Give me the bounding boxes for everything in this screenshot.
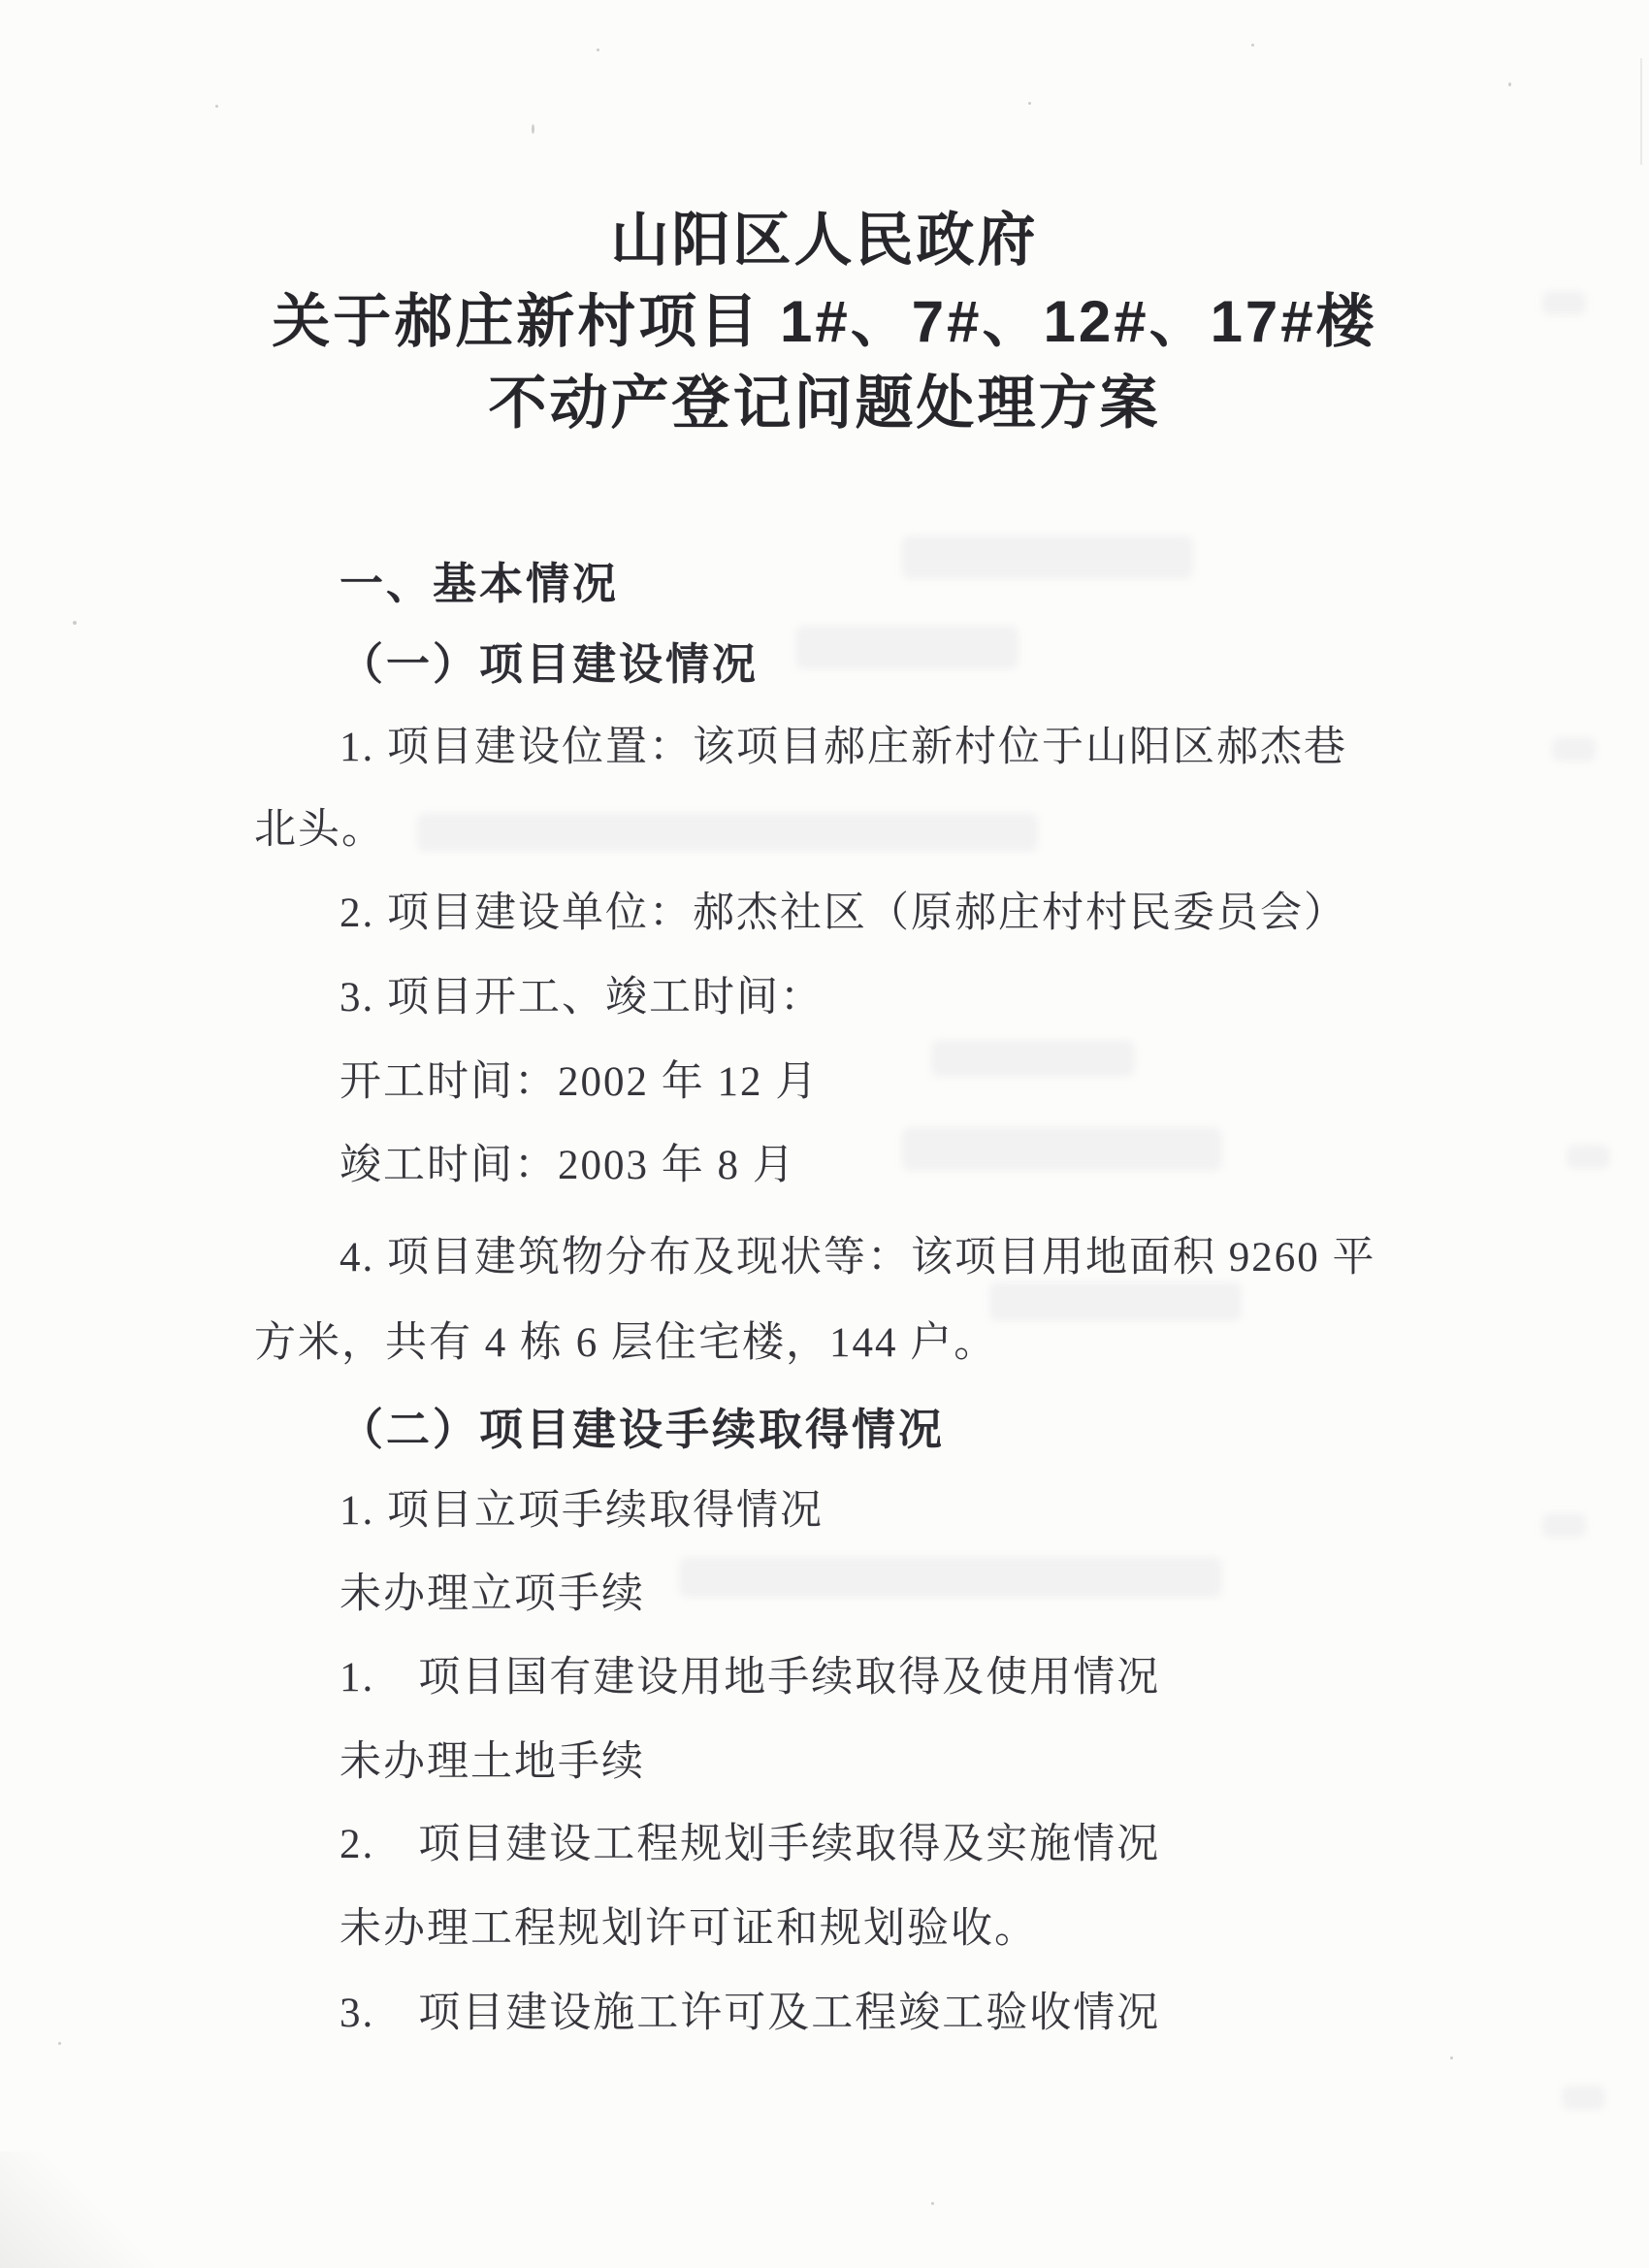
subsection-heading: （二）项目建设手续取得情况 — [339, 1394, 945, 1457]
body-line: 4. 项目建筑物分布及现状等：该项目用地面积 9260 平 — [339, 1224, 1376, 1283]
bleed-through-smudge — [417, 813, 1038, 852]
scan-speck — [1508, 82, 1511, 86]
scan-edge-artifact — [1640, 58, 1642, 165]
scan-speck — [597, 49, 599, 51]
bleed-through-smudge — [931, 1040, 1135, 1077]
body-line: 方米，共有 4 栋 6 层住宅楼，144 户。 — [254, 1310, 997, 1369]
body-line: 未办理土地手续 — [339, 1729, 645, 1788]
bleed-through-smudge — [1552, 737, 1596, 761]
scan-speck — [1251, 44, 1254, 47]
body-line: 未办理立项手续 — [339, 1561, 645, 1620]
scan-speck — [532, 124, 534, 134]
body-line: 北头。 — [254, 796, 385, 856]
scan-speck — [215, 105, 218, 108]
scan-speck — [73, 621, 77, 625]
subsection-heading: （一）项目建设情况 — [339, 629, 759, 692]
body-line: 1. 项目建设位置：该项目郝庄新村位于山阳区郝杰巷 — [339, 714, 1347, 773]
scan-speck — [58, 2042, 61, 2045]
scan-speck — [1450, 2057, 1453, 2059]
scan-speck — [931, 2202, 934, 2205]
bleed-through-smudge — [679, 1557, 1222, 1598]
bleed-through-smudge — [795, 626, 1018, 669]
bleed-through-smudge — [1562, 2086, 1605, 2110]
bleed-through-smudge — [902, 1127, 1222, 1171]
document-title-line-1: 山阳区人民政府 — [0, 194, 1649, 277]
document-title-line-2: 关于郝庄新村项目 1#、7#、12#、17#楼 — [0, 275, 1649, 359]
body-line: 2. 项目建设单位：郝杰社区（原郝庄村村民委员会） — [339, 880, 1347, 939]
bleed-through-smudge — [989, 1282, 1242, 1321]
body-line: 1. 项目立项手续取得情况 — [339, 1477, 824, 1537]
scan-corner-shadow — [0, 2152, 155, 2268]
body-line: 1. 项目国有建设用地手续取得及使用情况 — [339, 1644, 1160, 1703]
body-line: 3. 项目建设施工许可及工程竣工验收情况 — [339, 1980, 1160, 2039]
document-page: 山阳区人民政府 关于郝庄新村项目 1#、7#、12#、17#楼 不动产登记问题处… — [0, 0, 1649, 2268]
section-heading: 一、基本情况 — [339, 548, 619, 611]
bleed-through-smudge — [1567, 1145, 1610, 1169]
body-line: 未办理工程规划许可证和规划验收。 — [339, 1895, 1038, 1955]
body-line: 竣工时间：2003 年 8 月 — [339, 1132, 796, 1191]
body-line: 3. 项目开工、竣工时间： — [339, 964, 824, 1023]
body-line: 2. 项目建设工程规划手续取得及实施情况 — [339, 1811, 1160, 1870]
bleed-through-smudge — [1542, 1513, 1586, 1538]
scan-speck — [1028, 102, 1031, 105]
bleed-through-smudge — [902, 535, 1193, 579]
document-title-line-3: 不动产登记问题处理方案 — [0, 357, 1649, 440]
body-line: 开工时间：2002 年 12 月 — [339, 1049, 819, 1108]
